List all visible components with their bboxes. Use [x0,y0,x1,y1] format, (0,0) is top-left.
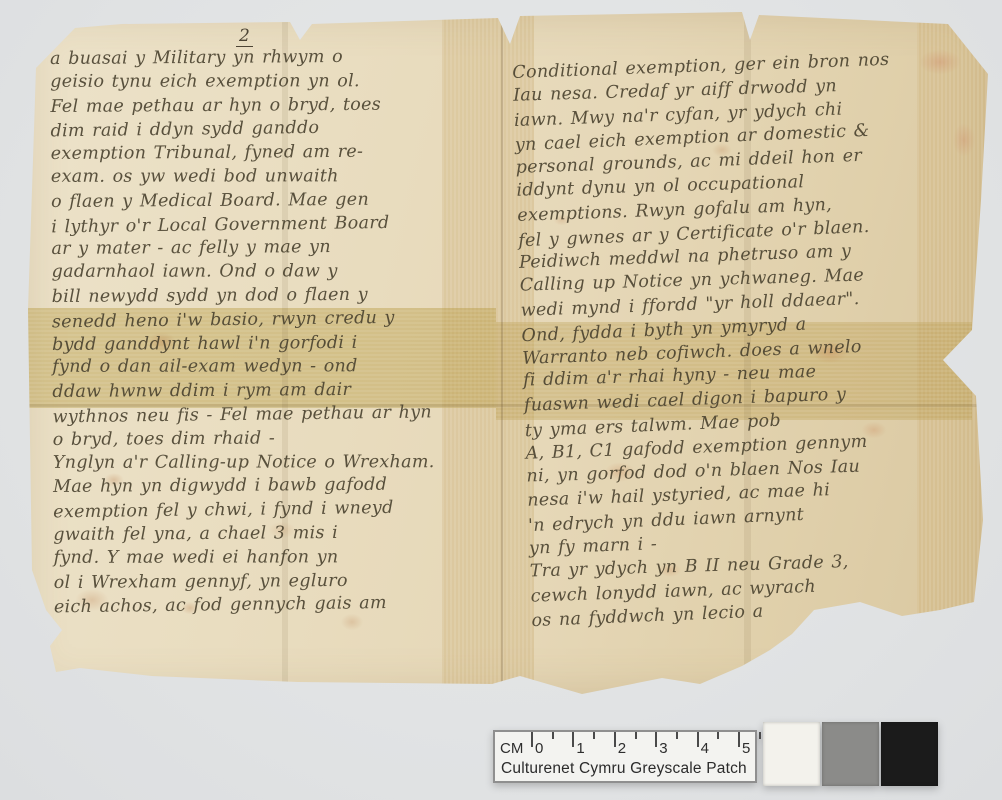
cm-tick [655,732,657,747]
page-number: 2 [236,26,253,47]
handwriting-line: fynd o dan ail-exam wedyn - ond [52,355,500,380]
half-cm-tick [759,732,761,739]
cm-tick-label: 3 [659,740,667,757]
cm-tick [572,732,574,747]
handwriting-line: exemption Tribunal, fyned am re- [51,140,499,167]
half-cm-tick [717,732,719,739]
half-cm-tick [552,732,554,739]
half-cm-tick [593,732,595,739]
cm-ruler-scale: CM 012345 [495,732,755,759]
handwriting-line: bydd ganddynt hawl i'n gorfodi i [52,330,500,357]
handwriting-line: Ynglyn a'r Calling-up Notice o Wrexham. [53,451,501,476]
letter-left-column: a buasai y Military yn rhwym ogeisio tyn… [50,45,502,619]
cm-tick-label: 4 [701,740,709,757]
handwriting-line: o bryd, toes dim rhaid - [53,426,501,453]
handwriting-line: gwaith fel yna, a chael 3 mis i [53,521,501,548]
handwriting-line: ar y mater - ac felly y mae yn [51,235,499,262]
handwriting-line: gadarnhaol iawn. Ond o daw y [52,260,500,285]
handwriting-line: eich achos, ac fod gennych gais am [54,591,502,621]
half-cm-tick [635,732,637,739]
white-patch [763,722,820,786]
cm-tick [531,732,533,747]
cm-tick-label: 5 [742,740,750,757]
letter-right-column: Conditional exemption, ger ein bron nosI… [512,46,997,633]
cm-tick [614,732,616,747]
handwriting-line: geisio tynu eich exemption yn ol. [50,70,498,95]
greyscale-patch-bar: CM 012345 Culturenet Cymru Greyscale Pat… [493,722,938,786]
handwriting-line: fynd. Y mae wedi ei hanfon yn [54,546,502,571]
handwriting-line: a buasai y Military yn rhwym o [50,45,498,72]
letter-paper: 2 a buasai y Military yn rhwym ogeisio t… [22,10,990,694]
mid-grey-patch [822,722,879,786]
handwriting-line: exam. os yw wedi bod unwaith [51,165,499,190]
cm-tick-label: 0 [535,740,543,757]
black-patch [881,722,938,786]
cm-tick [697,732,699,747]
cm-tick [738,732,740,747]
cm-tick-label: 1 [576,740,584,757]
cm-tick-label: 2 [618,740,626,757]
cm-ruler: CM 012345 Culturenet Cymru Greyscale Pat… [493,730,757,783]
cm-unit-label: CM [500,740,523,757]
greyscale-patches [763,722,938,786]
half-cm-tick [676,732,678,739]
scalebar-caption: Culturenet Cymru Greyscale Patch [495,760,755,778]
